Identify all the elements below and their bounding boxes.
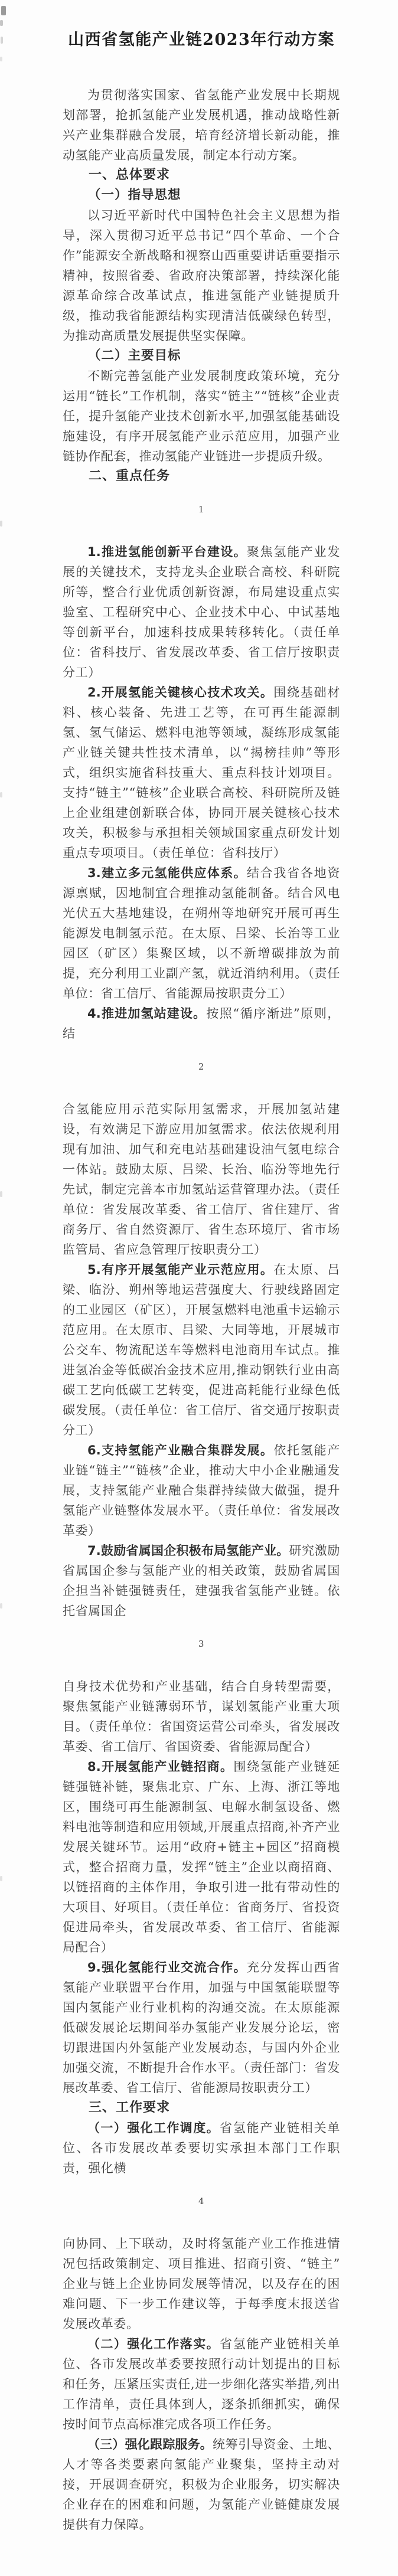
- subsection-heading-guiding-ideology: （一）指导思想: [63, 185, 340, 205]
- task-item-5-text: 在太原、吕梁、临汾、朔州等地运营强度大、行驶线路固定的工业园区（矿区），开展氢燃…: [63, 1263, 340, 1437]
- requirement-item-3: （三）强化跟踪服务。统筹引导资金、土地、人才等各类要素向氢能产业聚集，坚持主动对…: [63, 2434, 340, 2535]
- requirement-item-1-part2: 向协同、上下联动，及时将氢能产业工作推进情况包括政策制定、项目推进、招商引资、“…: [63, 2234, 340, 2334]
- scan-artifact: [1, 6, 6, 15]
- page-number: 2: [63, 1061, 340, 1072]
- task-item-7-part2: 自身技术优势和产业基础，结合自身转型需要，聚焦氢能产业链薄弱环节，谋划氢能产业重…: [63, 1676, 340, 1757]
- task-item-3-lead: 3.建立多元氢能供应体系。: [87, 866, 247, 880]
- task-item-9-lead: 9.强化氢能行业交流合作。: [87, 1960, 247, 1975]
- requirement-item-2-text: 省氢能产业链相关单位、各市发展改革委要按照行动计划提出的目标和任务，压紧压实责任…: [63, 2337, 340, 2431]
- task-item-6: 6.支持氢能产业融合集群发展。依托氢能产业链“链主”“链核”企业，推动大中小企业…: [63, 1440, 340, 1541]
- scan-artifact: [0, 20, 3, 26]
- task-item-8-lead: 8.开展氢能产业链招商。: [87, 1760, 233, 1774]
- task-item-2-lead: 2.开展氢能关键核心技术攻关。: [87, 685, 273, 699]
- scan-artifact: [0, 1191, 2, 1197]
- task-item-5-lead: 5.有序开展氢能产业示范应用。: [87, 1263, 273, 1277]
- main-goals-paragraph: 不断完善氢能产业发展制度政策环境，充分运用“链长”工作机制，落实“链主”“链核”…: [63, 366, 340, 466]
- section-heading-work-requirements: 三、工作要求: [63, 2098, 340, 2118]
- scan-artifact: [0, 57, 2, 61]
- intro-paragraph: 为贯彻落实国家、省氢能产业发展中长期规划部署，抢抓氢能产业发展机遇，推动战略性新…: [63, 85, 340, 165]
- task-item-2-text: 围绕基础材料、核心装备、先进工艺等，在可再生能源制氢、氢气储运、燃料电池等领域，…: [63, 685, 340, 860]
- task-item-1-lead: 1.推进氢能创新平台建设。: [87, 545, 247, 559]
- task-item-3: 3.建立多元氢能供应体系。结合我省各地资源禀赋，因地制宜合理推动氢能制备。结合风…: [63, 863, 340, 1003]
- scan-artifact: [0, 521, 2, 527]
- task-item-2: 2.开展氢能关键核心技术攻关。围绕基础材料、核心装备、先进工艺等，在可再生能源制…: [63, 682, 340, 863]
- page-number: 1: [63, 504, 340, 515]
- page-number: 3: [63, 1639, 340, 1649]
- scanned-document-page: { "document": { "title": "山西省氢能产业链2023年行…: [0, 0, 398, 2576]
- subsection-heading-main-goals: （二）主要目标: [63, 346, 340, 366]
- requirement-item-3-lead: （三）强化跟踪服务。: [87, 2437, 213, 2451]
- scan-artifact: [0, 792, 2, 797]
- requirement-item-1-lead: （一）强化工作调度。: [87, 2121, 220, 2135]
- requirement-item-1-part1: （一）强化工作调度。省氢能产业链相关单位、各市发展改革委要切实承担本部门工作职责…: [63, 2118, 340, 2178]
- task-item-1: 1.推进氢能创新平台建设。聚焦氢能产业发展的关键技术，支持龙头企业联合高校、科研…: [63, 542, 340, 682]
- task-item-8: 8.开展氢能产业链招商。围绕氢能产业链延链强链补链，聚焦北京、广东、上海、浙江等…: [63, 1757, 340, 1957]
- requirement-item-2-lead: （二）强化工作落实。: [87, 2337, 220, 2351]
- task-item-3-text: 结合我省各地资源禀赋，因地制宜合理推动氢能制备。结合风电光伏五大基地建设，在朔州…: [63, 866, 340, 1001]
- task-item-8-text: 围绕氢能产业链延链强链补链，聚焦北京、广东、上海、浙江等地区，围绕可再生能源制氢…: [63, 1760, 340, 1954]
- task-item-6-lead: 6.支持氢能产业融合集群发展。: [87, 1443, 273, 1457]
- section-heading-key-tasks: 二、重点任务: [63, 466, 340, 486]
- requirement-item-3-text: 统筹引导资金、土地、人才等各类要素向氢能产业聚集，坚持主动对接，开展调查研究，积…: [63, 2437, 340, 2532]
- scan-artifact: [1, 37, 3, 44]
- task-item-5: 5.有序开展氢能产业示范应用。在太原、吕梁、临汾、朔州等地运营强度大、行驶线路固…: [63, 1260, 340, 1440]
- task-item-9-text: 充分发挥山西省氢能产业联盟平台作用，加强与中国氢能联盟等国内氢能产业行业机构的沟…: [63, 1960, 340, 2095]
- task-item-7-part1: 7.鼓励省属国企积极布局氢能产业。研究激励省属国企参与氢能产业的相关政策，鼓励省…: [63, 1541, 340, 1621]
- scan-artifact: [0, 1603, 2, 1609]
- task-item-9: 9.强化氢能行业交流合作。充分发挥山西省氢能产业联盟平台作用，加强与中国氢能联盟…: [63, 1957, 340, 2098]
- task-item-1-text: 聚焦氢能产业发展的关键技术，支持龙头企业联合高校、科研院所等，整合行业优质创新资…: [63, 545, 340, 679]
- page-number: 4: [63, 2196, 340, 2206]
- document-body: 山西省氢能产业链2023年行动方案 为贯彻落实国家、省氢能产业发展中长期规划部署…: [0, 0, 398, 2576]
- guiding-ideology-paragraph: 以习近平新时代中国特色社会主义思想为指导，深入贯彻习近平总书记“四个革命、一个合…: [63, 205, 340, 346]
- task-item-4-lead: 4.推进加氢站建设。: [87, 1006, 206, 1021]
- scan-artifact: [0, 1876, 2, 1881]
- task-item-7-lead: 7.鼓励省属国企积极布局氢能产业。: [87, 1544, 289, 1558]
- task-item-4-part2: 合氢能应用示范实际用氢需求，开展加氢站建设，有效满足下游应用加氢需求。依法依规利…: [63, 1099, 340, 1260]
- section-heading-overall-requirements: 一、总体要求: [63, 165, 340, 185]
- document-title: 山西省氢能产业链2023年行动方案: [63, 28, 340, 52]
- task-item-6-text: 依托氢能产业链“链主”“链核”企业，推动大中小企业融通发展，支持氢能产业融合集群…: [63, 1443, 340, 1538]
- task-item-4-part1: 4.推进加氢站建设。按照“循序渐进”原则，结: [63, 1003, 340, 1044]
- requirement-item-2: （二）强化工作落实。省氢能产业链相关单位、各市发展改革委要按照行动计划提出的目标…: [63, 2334, 340, 2434]
